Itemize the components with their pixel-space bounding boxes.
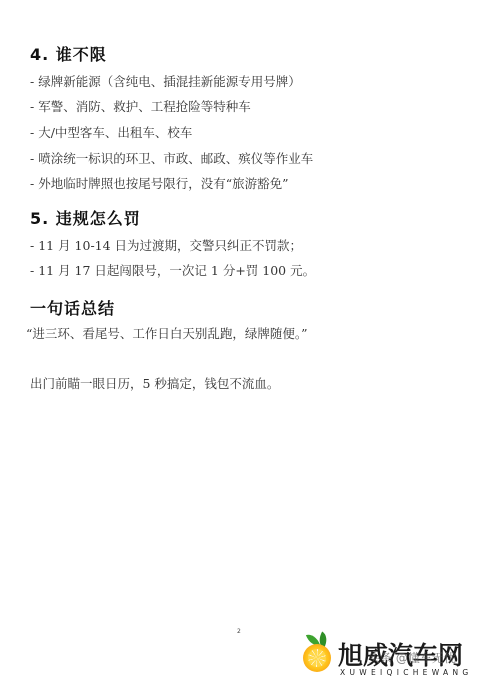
list-item: - 喷涂统一标识的环卫、市政、邮政、殡仪等作业车: [30, 149, 313, 167]
list-item: - 绿牌新能源（含纯电、插混挂新能源专用号牌）: [30, 72, 301, 90]
list-item: - 11 月 17 日起闯限号，一次记 1 分+罚 100 元。: [30, 261, 315, 279]
list-item: - 大/中型客车、出租车、校车: [30, 123, 192, 141]
summary-quote: “进三环、看尾号、工作日白天别乱跑，绿牌随便。”: [26, 324, 308, 342]
list-item: - 外地临时牌照也按尾号限行，没有“旅游豁免”: [30, 174, 288, 192]
brand-name-en: XUWEIQICHEWANG: [340, 668, 472, 677]
section-5-title: 5. 违规怎么罚: [30, 206, 141, 229]
section-4-title: 4. 谁不限: [30, 42, 107, 65]
watermark: 头条 @懂车无忧: [368, 649, 456, 666]
summary-tip: 出门前瞄一眼日历，5 秒搞定，钱包不流血。: [30, 374, 279, 392]
page-number: 2: [237, 628, 241, 635]
list-item: - 军警、消防、救护、工程抢险等特种车: [30, 97, 251, 115]
list-item: - 11 月 10-14 日为过渡期，交警只纠正不罚款；: [30, 236, 302, 254]
orange-icon: [303, 644, 331, 672]
document-page: 4. 谁不限 - 绿牌新能源（含纯电、插混挂新能源专用号牌） - 军警、消防、救…: [0, 0, 480, 679]
summary-title: 一句话总结: [30, 296, 115, 319]
